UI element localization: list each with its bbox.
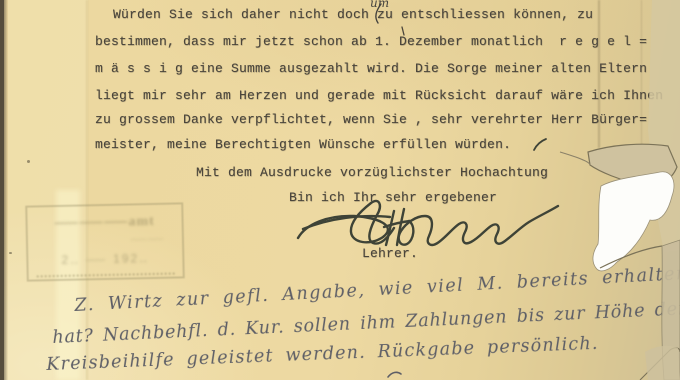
stamp-dotted-line	[37, 273, 175, 278]
scan-edge-shadow	[4, 0, 8, 380]
typed-line-6: meister, meine Berechtigten Wünsche erfü…	[95, 137, 511, 152]
paper-speck	[9, 252, 12, 254]
paper-speck	[27, 160, 30, 163]
typed-line-5: zu grossem Danke verpflichtet, wenn Sie …	[95, 112, 647, 127]
stamp-text-line2: ⸺⸺	[28, 229, 182, 247]
typed-line-3: m ä s s i g eine Summe ausgezahlt wird. …	[95, 61, 647, 76]
typed-signature-role: Lehrer.	[362, 246, 418, 261]
stamp-date: 2‥ ⸺ 192‥	[28, 248, 182, 268]
typed-line-4: liegt mir sehr am Herzen und gerade mit …	[95, 88, 663, 103]
handwritten-insertion-um: um	[370, 0, 389, 10]
typed-line-2: bestimmen, dass mir jetzt schon ab 1. De…	[95, 34, 647, 49]
paper-crease-left	[86, 0, 88, 380]
typed-pre-signature-line: Bin ich Ihr sehr ergebener	[289, 190, 497, 205]
typed-line-1: Würden Sie sich daher nicht doch zu ents…	[113, 7, 593, 22]
date-stamp: ⸺⸺⸺amt ⸺⸺ 2‥ ⸺ 192‥	[25, 202, 185, 281]
typed-closing-line: Mit dem Ausdrucke vorzüglichster Hochach…	[196, 165, 548, 180]
